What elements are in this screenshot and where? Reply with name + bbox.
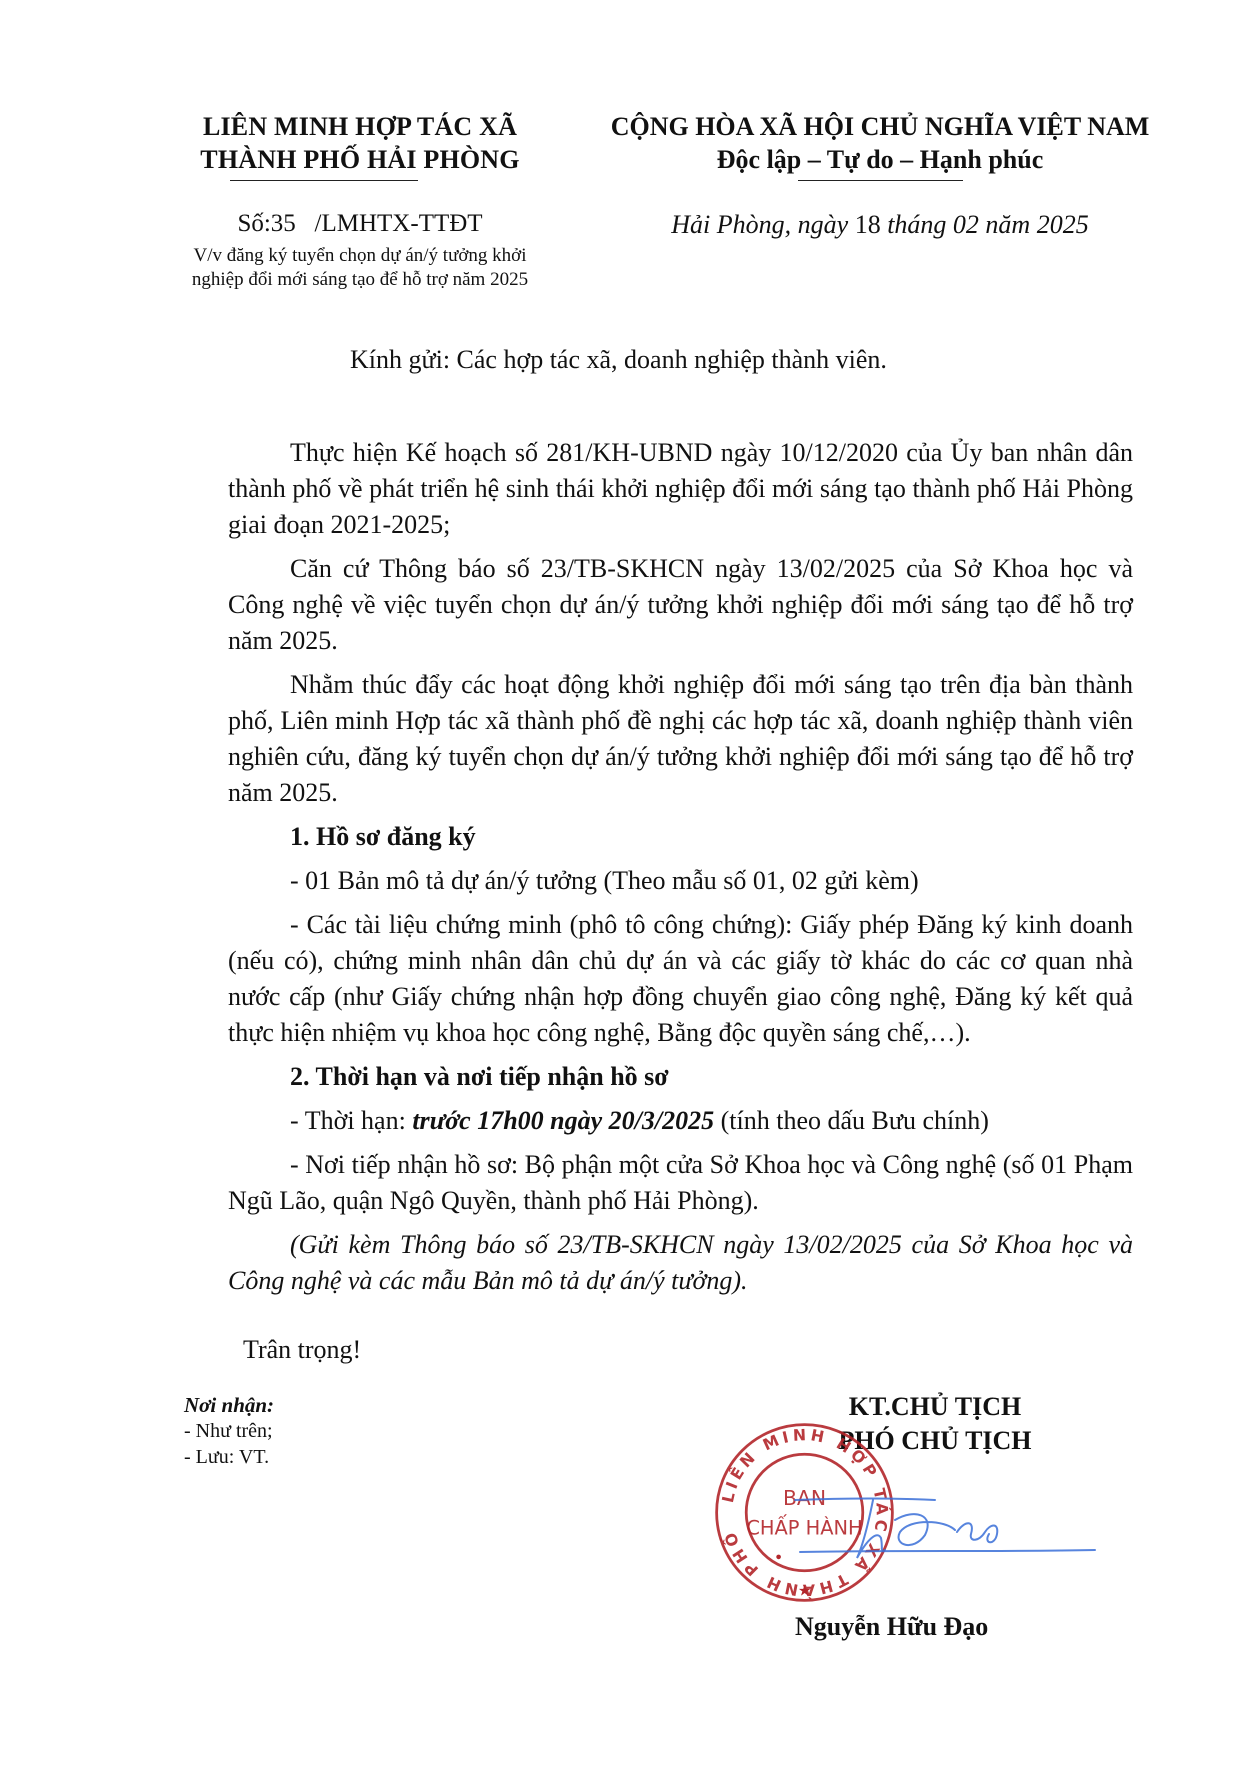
- deadline-suffix: (tính theo dấu Bưu chính): [714, 1106, 989, 1135]
- handwritten-signature-icon: [785, 1490, 1105, 1570]
- motto-underline: [798, 180, 963, 181]
- document-subject: V/v đăng ký tuyển chọn dự án/ý tưởng khở…: [150, 244, 570, 292]
- date-prefix: Hải Phòng, ngày: [671, 210, 854, 239]
- org-line-1: LIÊN MINH HỢP TÁC XÃ: [150, 110, 570, 143]
- org-underline: [230, 180, 418, 181]
- paragraph-2: Căn cứ Thông báo số 23/TB-SKHCN ngày 13/…: [228, 551, 1133, 659]
- document-number: Số:35 /LMHTX-TTĐT: [150, 210, 570, 238]
- date-rest: tháng 02 năm 2025: [881, 210, 1089, 239]
- section-1-item-2: - Các tài liệu chứng minh (phô tô công c…: [228, 907, 1133, 1051]
- recipient-item: - Lưu: VT.: [184, 1444, 274, 1470]
- svg-text:★: ★: [798, 1584, 811, 1600]
- paragraph-3: Nhằm thúc đẩy các hoạt động khởi nghiệp …: [228, 667, 1133, 811]
- date-line: Hải Phòng, ngày 18 tháng 02 năm 2025: [580, 210, 1180, 240]
- closing: Trân trọng!: [243, 1335, 361, 1365]
- subject-line-2: nghiệp đổi mới sáng tạo để hỗ trợ năm 20…: [150, 268, 570, 292]
- recipients-block: Nơi nhận: - Như trên; - Lưu: VT.: [184, 1392, 274, 1470]
- subject-line-1: V/v đăng ký tuyển chọn dự án/ý tưởng khở…: [150, 244, 570, 268]
- section-2-location: - Nơi tiếp nhận hồ sơ: Bộ phận một cửa S…: [228, 1147, 1133, 1219]
- signer-name: Nguyễn Hữu Đạo: [795, 1612, 988, 1642]
- deadline-value: trước 17h00 ngày 20/3/2025: [412, 1106, 714, 1135]
- issuing-organization: LIÊN MINH HỢP TÁC XÃ THÀNH PHỐ HẢI PHÒNG: [150, 110, 570, 176]
- org-line-2: THÀNH PHỐ HẢI PHÒNG: [150, 143, 570, 176]
- section-1-item-1: - 01 Bản mô tả dự án/ý tưởng (Theo mẫu s…: [228, 863, 1133, 899]
- section-1-heading: 1. Hồ sơ đăng ký: [228, 819, 1133, 855]
- recipients-title: Nơi nhận:: [184, 1392, 274, 1418]
- date-day: 18: [855, 210, 881, 239]
- national-motto: Độc lập – Tự do – Hạnh phúc: [580, 143, 1180, 176]
- section-2-deadline: - Thời hạn: trước 17h00 ngày 20/3/2025 (…: [228, 1103, 1133, 1139]
- section-2-heading: 2. Thời hạn và nơi tiếp nhận hồ sơ: [228, 1059, 1133, 1095]
- letter-body: Thực hiện Kế hoạch số 281/KH-UBND ngày 1…: [228, 435, 1133, 1299]
- recipient-item: - Như trên;: [184, 1418, 274, 1444]
- signer-title-1: KT.CHỦ TỊCH: [780, 1390, 1090, 1424]
- attachment-note: (Gửi kèm Thông báo số 23/TB-SKHCN ngày 1…: [228, 1227, 1133, 1299]
- deadline-prefix: - Thời hạn:: [290, 1106, 412, 1135]
- nation-title: CỘNG HÒA XÃ HỘI CHỦ NGHĨA VIỆT NAM: [580, 110, 1180, 143]
- paragraph-1: Thực hiện Kế hoạch số 281/KH-UBND ngày 1…: [228, 435, 1133, 543]
- salutation: Kính gửi: Các hợp tác xã, doanh nghiệp t…: [350, 345, 887, 375]
- national-header: CỘNG HÒA XÃ HỘI CHỦ NGHĨA VIỆT NAM Độc l…: [580, 110, 1180, 176]
